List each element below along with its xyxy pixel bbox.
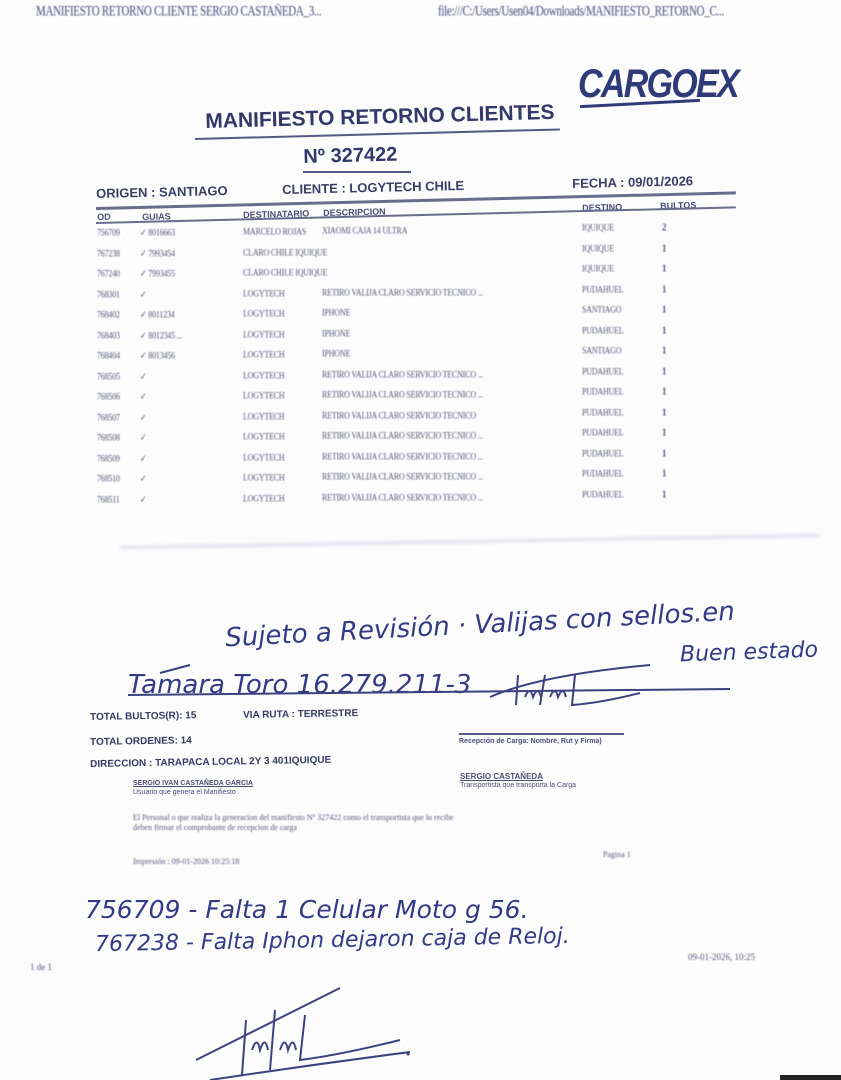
handwritten-issue-2: 767238 - Falta Iphon dejaron caja de Rel… [95,924,570,957]
cell-od: 768508 [97,432,120,443]
number-underline [303,171,411,173]
cell-destino: IQUIQUE [582,263,614,274]
cell-bultos: 1 [662,365,666,377]
recepcion-label: Recepción de Carga: Nombre, Rut y Firma) [459,738,602,745]
cell-guias: ✓ 8011234 [140,309,175,320]
cell-destino: IQUIQUE [582,243,614,254]
cell-destino: PUDAHUEL [582,386,624,397]
cell-od: 767238 [97,248,120,259]
cell-descripcion: RETIRO VALIJA CLARO SERVICIO TECNICO ... [322,287,483,298]
cell-destinatario: LOGYTECH [243,493,285,504]
cell-bultos: 1 [662,488,666,500]
cell-descripcion: RETIRO VALIJA CLARO SERVICIO TECNICO ... [322,451,483,462]
cell-destinatario: LOGYTECH [243,452,285,463]
cell-destino: PUDAHUEL [582,284,624,295]
col-od: OD [97,212,111,222]
cell-od: 768511 [97,494,120,505]
pagina: Pagina 1 [603,850,631,859]
transport-role: Transportista que transporta la Carga [460,782,576,789]
legal-text-1: El Personal o que realiza la generacion … [133,813,454,822]
cell-od: 768402 [97,309,120,320]
columns-rule [96,206,736,224]
origen: ORIGEN : SANTIAGO [96,183,228,201]
cell-bultos: 1 [662,344,666,356]
cell-destino: SANTIAGO [582,304,621,315]
cell-descripcion: IPHONE [322,307,350,318]
cell-bultos: 1 [662,303,666,315]
cell-destinatario: LOGYTECH [243,431,285,442]
cell-destino: SANTIAGO [582,345,621,356]
cell-guias: ✓ [140,494,147,505]
cliente: CLIENTE : LOGYTECH CHILE [282,178,464,197]
user-name: SERGIO IVAN CASTAÑEDA GARCIA [133,780,253,787]
cell-destinatario: LOGYTECH [243,349,285,360]
cell-descripcion: IPHONE [322,348,350,359]
legal-text-2: deben firmar el comprobante de recepcion… [133,823,297,832]
cell-bultos: 1 [662,324,666,336]
handwritten-issue-1: 756709 - Falta 1 Celular Moto g 56. [85,895,529,924]
cell-descripcion: RETIRO VALIJA CLARO SERVICIO TECNICO ... [322,389,483,400]
cell-guias: ✓ 7993454 [140,248,175,259]
cell-guias: ✓ [140,289,147,300]
cell-destino: PUDAHUEL [582,448,624,459]
recepcion-sig-line [459,733,624,735]
cell-descripcion: RETIRO VALIJA CLARO SERVICIO TECNICO ... [322,369,483,380]
cell-bultos: 1 [662,242,666,254]
cell-destinatario: LOGYTECH [243,308,285,319]
cell-guias: ✓ 8012345 ... [140,330,182,341]
cell-bultos: 1 [662,447,666,459]
direccion: DIRECCION : TARAPACA LOCAL 2Y 3 401IQUIQ… [90,755,331,770]
cell-guias: ✓ 8013456 [140,350,175,361]
scan-artifact [120,534,820,549]
cell-destino: PUDAHUEL [582,468,624,479]
cell-destino: PUDAHUEL [582,366,624,377]
cell-destinatario: MARCELO ROJAS [243,226,306,237]
cell-bultos: 1 [662,262,666,274]
cell-od: 756709 [97,227,120,238]
cell-guias: ✓ [140,473,147,484]
cell-descripcion: XIAOMI CAJA 14 ULTRA [322,225,407,236]
impresion: Impresión : 09-01-2026 10:25:18 [133,857,239,866]
cell-bultos: 1 [662,385,666,397]
via-ruta: VIA RUTA : TERRESTRE [243,708,358,721]
cell-descripcion: RETIRO VALIJA CLARO SERVICIO TECNICO ... [322,430,483,441]
bottom-signature [190,980,450,1080]
transport-name: SERGIO CASTAÑEDA [460,772,543,781]
cell-destino: PUDAHUEL [582,407,624,418]
cell-descripcion: IPHONE [322,328,350,339]
cell-bultos: 2 [662,221,666,233]
manifest-number: Nº 327422 [303,144,398,169]
cell-descripcion: RETIRO VALIJA CLARO SERVICIO TECNICO ... [322,471,483,482]
cell-od: 768510 [97,473,120,484]
cell-od: 768509 [97,453,120,464]
fecha: FECHA : 09/01/2026 [572,173,693,191]
cell-destinatario: CLARO CHILE IQUIQUE [243,247,327,258]
print-datetime: 09-01-2026, 10:25 [688,952,755,962]
cell-destinatario: LOGYTECH [243,370,285,381]
cell-destino: PUDAHUEL [582,427,624,438]
cell-bultos: 1 [662,406,666,418]
cell-destino: PUDAHUEL [582,489,624,500]
cell-destinatario: CLARO CHILE IQUIQUE [243,267,327,278]
cell-guias: ✓ [140,391,147,402]
cell-destinatario: LOGYTECH [243,329,285,340]
cell-od: 768507 [97,412,120,423]
cell-guias: ✓ 8016663 [140,227,175,238]
cell-bultos: 1 [662,283,666,295]
cell-od: 767240 [97,268,120,279]
print-header-url: file:///C:/Users/Usen04/Downloads/MANIFI… [438,4,724,20]
cell-bultos: 1 [662,426,666,438]
receiver-signature [120,635,760,735]
page-edge-shadow [780,1075,841,1080]
cell-destino: PUDAHUEL [582,325,624,336]
cell-od: 768505 [97,371,120,382]
cell-descripcion: RETIRO VALIJA CLARO SERVICIO TECNICO ... [322,492,483,503]
cell-guias: ✓ [140,412,147,423]
cell-od: 768403 [97,330,120,341]
total-bultos: TOTAL BULTOS(R): 15 [90,710,196,723]
cell-destinatario: LOGYTECH [243,411,285,422]
total-ordenes: TOTAL ORDENES: 14 [90,735,192,748]
cell-bultos: 1 [662,467,666,479]
cell-od: 768506 [97,391,120,402]
cell-guias: ✓ [140,432,147,443]
cell-descripcion: RETIRO VALIJA CLARO SERVICIO TECNICO [322,410,476,421]
cell-od: 768404 [97,350,120,361]
cell-destinatario: LOGYTECH [243,390,285,401]
cell-guias: ✓ [140,453,147,464]
cell-destinatario: LOGYTECH [243,288,285,299]
page-counter: 1 de 1 [30,962,52,972]
user-role: Usuario que genera el Manifiesto [133,789,236,796]
cell-destinatario: LOGYTECH [243,472,285,483]
cell-guias: ✓ [140,371,147,382]
cell-guias: ✓ 7993455 [140,268,175,279]
cell-od: 768301 [97,289,120,300]
print-header-title: MANIFIESTO RETORNO CLIENTE SERGIO CASTAÑ… [36,4,321,20]
cell-destino: IQUIQUE [582,222,614,233]
